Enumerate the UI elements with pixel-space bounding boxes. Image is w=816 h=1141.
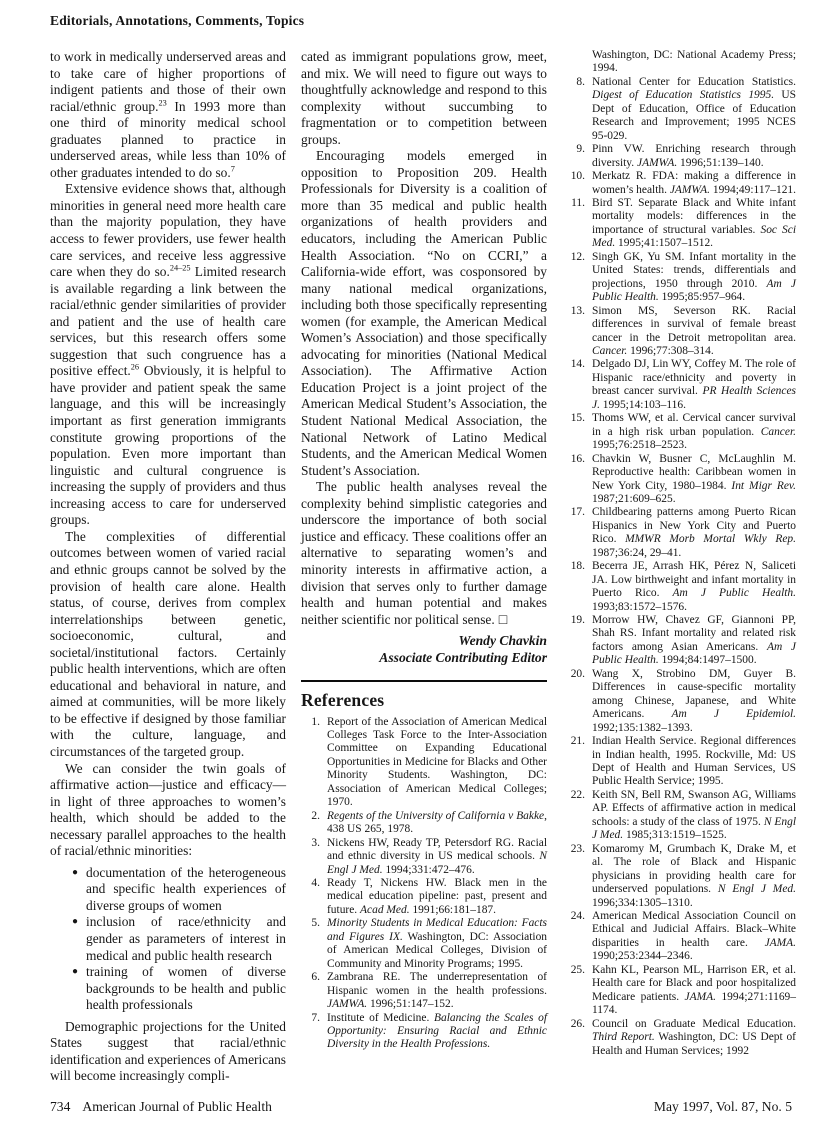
reference-item: 18.Becerra JE, Arrash HK, Pérez N, Salic… xyxy=(566,560,796,614)
reference-item: 26.Council on Graduate Medical Education… xyxy=(566,1018,796,1058)
reference-item: 23.Komaromy M, Grumbach K, Drake M, et a… xyxy=(566,843,796,910)
reference-text: Bird ST. Separate Black and White infant… xyxy=(592,197,796,249)
reference-text: Delgado DJ, Lin WY, Coffey M. The role o… xyxy=(592,358,796,410)
references-heading: References xyxy=(301,690,547,711)
column-1: to work in medically underserved areas a… xyxy=(50,49,286,1085)
footer-left: 734American Journal of Public Health xyxy=(50,1099,272,1115)
footer-page-number: 734 xyxy=(50,1099,70,1114)
reference-item: 4.Ready T, Nickens HW. Black men in the … xyxy=(301,877,547,917)
reference-item: 5.Minority Students in Medical Education… xyxy=(301,917,547,971)
paragraph: Demographic projections for the United S… xyxy=(50,1019,286,1085)
reference-number: 17. xyxy=(566,506,585,519)
reference-item: 2.Regents of the University of Californi… xyxy=(301,810,547,837)
reference-text: Zambrana RE. The underrepresentation of … xyxy=(327,971,547,1010)
reference-item: 13.Simon MS, Severson RK. Racial differe… xyxy=(566,305,796,359)
bullet-list-item: ● documentation of the heterogeneous and… xyxy=(73,865,286,915)
reference-text: Keith SN, Bell RM, Swanson AG, Williams … xyxy=(592,789,796,841)
bullet-list-item: ● training of women of diverse backgroun… xyxy=(73,964,286,1014)
reference-text: Institute of Medicine. Balancing the Sca… xyxy=(327,1012,547,1051)
bullet-icon: ● xyxy=(72,964,78,981)
references-divider xyxy=(301,680,547,682)
bullet-list: ● documentation of the heterogeneous and… xyxy=(50,865,286,1014)
paragraph: to work in medically underserved areas a… xyxy=(50,49,286,181)
reference-text: Kahn KL, Pearson ML, Harrison ER, et al.… xyxy=(592,964,796,1016)
reference-item: 14.Delgado DJ, Lin WY, Coffey M. The rol… xyxy=(566,358,796,412)
reference-number: 14. xyxy=(566,358,585,371)
reference-text: Singh GK, Yu SM. Infant mortality in the… xyxy=(592,251,796,303)
reference-text: National Center for Education Statistics… xyxy=(592,76,796,142)
reference-number: 2. xyxy=(301,810,320,823)
signature-title: Associate Contributing Editor xyxy=(301,649,547,666)
reference-text: Ready T, Nickens HW. Black men in the me… xyxy=(327,877,547,916)
reference-text: Report of the Association of American Me… xyxy=(327,716,547,809)
reference-item: 6.Zambrana RE. The underrepresentation o… xyxy=(301,971,547,1011)
reference-text: Pinn VW. Enriching research through dive… xyxy=(592,143,796,168)
reference-number: 18. xyxy=(566,560,585,573)
footer-issue-info: May 1997, Vol. 87, No. 5 xyxy=(654,1099,792,1115)
column-3: Washington, DC: National Academy Press; … xyxy=(566,49,796,1085)
reference-number: 11. xyxy=(566,197,585,210)
reference-number: 4. xyxy=(301,877,320,890)
paragraph: Encouraging models emerged in opposition… xyxy=(301,148,547,479)
reference-number: 22. xyxy=(566,789,585,802)
reference-item: 20.Wang X, Strobino DM, Guyer B. Differe… xyxy=(566,668,796,735)
bullet-icon: ● xyxy=(72,914,78,931)
reference-text: Chavkin W, Busner C, McLaughlin M. Repro… xyxy=(592,453,796,505)
journal-page: Editorials, Annotations, Comments, Topic… xyxy=(0,0,816,1141)
reference-text: Becerra JE, Arrash HK, Pérez N, Saliceti… xyxy=(592,560,796,612)
end-of-article-icon: □ xyxy=(495,613,507,628)
reference-item: 19.Morrow HW, Chavez GF, Giannoni PP, Sh… xyxy=(566,614,796,668)
reference-number: 13. xyxy=(566,305,585,318)
reference-item: 24.American Medical Association Council … xyxy=(566,910,796,964)
reference-text: Simon MS, Severson RK. Racial difference… xyxy=(592,305,796,357)
reference-item: 10.Merkatz R. FDA: making a difference i… xyxy=(566,170,796,197)
bullet-item-text: inclusion of race/ethnicity and gender a… xyxy=(86,914,286,962)
paragraph: Extensive evidence shows that, although … xyxy=(50,181,286,528)
reference-item: 12.Singh GK, Yu SM. Infant mortality in … xyxy=(566,251,796,305)
reference-item: 3.Nickens HW, Ready TP, Petersdorf RG. R… xyxy=(301,837,547,877)
page-footer: 734American Journal of Public Health May… xyxy=(50,1099,792,1115)
bullet-item-text: training of women of diverse backgrounds… xyxy=(86,964,286,1012)
reference-text: American Medical Association Council on … xyxy=(592,910,796,962)
reference-text: Wang X, Strobino DM, Guyer B. Difference… xyxy=(592,668,796,734)
reference-number: 24. xyxy=(566,910,585,923)
signature-name: Wendy Chavkin xyxy=(301,632,547,649)
page-header-title: Editorials, Annotations, Comments, Topic… xyxy=(50,13,304,29)
paragraph-text: The public health analyses reveal the co… xyxy=(301,479,547,626)
reference-text: Thoms WW, et al. Cervical cancer surviva… xyxy=(592,412,796,451)
article-body: to work in medically underserved areas a… xyxy=(50,49,798,1085)
bullet-list-item: ● inclusion of race/ethnicity and gender… xyxy=(73,914,286,964)
reference-item: 25.Kahn KL, Pearson ML, Harrison ER, et … xyxy=(566,964,796,1018)
reference-text: Minority Students in Medical Education: … xyxy=(327,917,547,969)
reference-text: Komaromy M, Grumbach K, Drake M, et al. … xyxy=(592,843,796,909)
reference-item: 11.Bird ST. Separate Black and White inf… xyxy=(566,197,796,251)
reference-number: 1. xyxy=(301,716,320,729)
paragraph: The complexities of differential outcome… xyxy=(50,529,286,761)
reference-text: Childbearing patterns among Puerto Rican… xyxy=(592,506,796,558)
reference-number: 5. xyxy=(301,917,320,930)
reference-item: 9.Pinn VW. Enriching research through di… xyxy=(566,143,796,170)
reference-text: Indian Health Service. Regional differen… xyxy=(592,735,796,787)
reference-item: 22.Keith SN, Bell RM, Swanson AG, Willia… xyxy=(566,789,796,843)
paragraph: The public health analyses reveal the co… xyxy=(301,479,547,629)
reference-number: 21. xyxy=(566,735,585,748)
reference-text: Nickens HW, Ready TP, Petersdorf RG. Rac… xyxy=(327,837,547,876)
references-list-part2: 8.National Center for Education Statisti… xyxy=(566,76,796,1058)
reference-number: 23. xyxy=(566,843,585,856)
reference-item: 1.Report of the Association of American … xyxy=(301,716,547,810)
reference-number: 8. xyxy=(566,76,585,89)
reference-number: 25. xyxy=(566,964,585,977)
reference-number: 6. xyxy=(301,971,320,984)
reference-item: 17.Childbearing patterns among Puerto Ri… xyxy=(566,506,796,560)
references-list-part1: 1.Report of the Association of American … xyxy=(301,716,547,1052)
reference-number: 10. xyxy=(566,170,585,183)
reference-text: Merkatz R. FDA: making a difference in w… xyxy=(592,170,796,195)
bullet-icon: ● xyxy=(72,865,78,882)
paragraph: cated as immigrant populations grow, mee… xyxy=(301,49,547,148)
reference-number: 7. xyxy=(301,1012,320,1025)
reference-text: Council on Graduate Medical Education. T… xyxy=(592,1018,796,1057)
reference-item: 16.Chavkin W, Busner C, McLaughlin M. Re… xyxy=(566,453,796,507)
reference-number: 12. xyxy=(566,251,585,264)
column-2: cated as immigrant populations grow, mee… xyxy=(301,49,547,1085)
reference-number: 19. xyxy=(566,614,585,627)
reference-number: 20. xyxy=(566,668,585,681)
reference-number: 9. xyxy=(566,143,585,156)
reference-number: 3. xyxy=(301,837,320,850)
reference-7-continuation: Washington, DC: National Academy Press; … xyxy=(566,49,796,76)
paragraph: We can consider the twin goals of affirm… xyxy=(50,761,286,860)
reference-number: 16. xyxy=(566,453,585,466)
reference-item: 15.Thoms WW, et al. Cervical cancer surv… xyxy=(566,412,796,452)
bullet-item-text: documentation of the heterogeneous and s… xyxy=(86,865,286,913)
reference-number: 15. xyxy=(566,412,585,425)
footer-journal-title: American Journal of Public Health xyxy=(82,1099,272,1114)
reference-text: Regents of the University of California … xyxy=(327,810,547,835)
reference-item: 7.Institute of Medicine. Balancing the S… xyxy=(301,1012,547,1052)
reference-number: 26. xyxy=(566,1018,585,1031)
reference-item: 21.Indian Health Service. Regional diffe… xyxy=(566,735,796,789)
reference-text: Morrow HW, Chavez GF, Giannoni PP, Shah … xyxy=(592,614,796,666)
reference-item: 8.National Center for Education Statisti… xyxy=(566,76,796,143)
signature-block: Wendy Chavkin Associate Contributing Edi… xyxy=(301,632,547,666)
